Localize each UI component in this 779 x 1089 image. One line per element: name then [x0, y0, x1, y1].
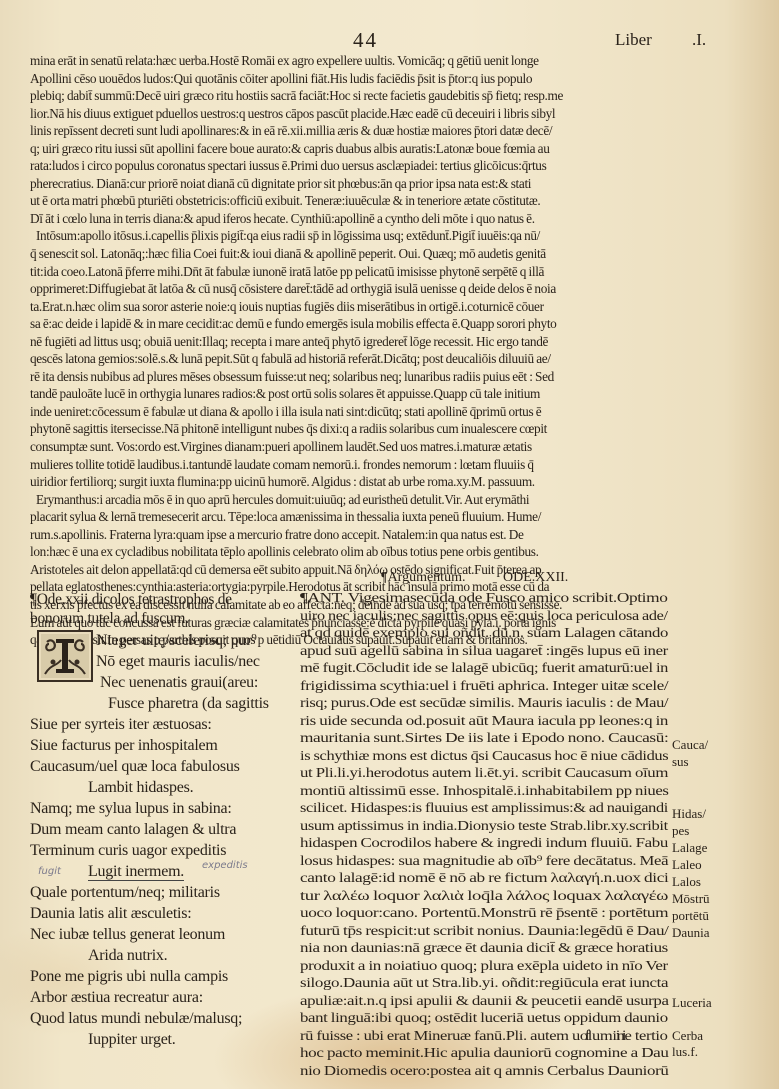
verse-line: Nteger uitę/scelerisq; pur⁹ — [96, 630, 257, 651]
commentary-line: ta.Erat.n.hæc olim sua soror asterie noi… — [30, 298, 670, 316]
handwritten-note-fugit: fugit — [38, 866, 61, 877]
signature-number: ii — [616, 1028, 628, 1044]
verse-line: Arida nutrix. — [88, 945, 167, 966]
margin-note: Luceria — [672, 996, 712, 1010]
commentary-line: Dī āt i cœlo luna in terris diana:& apud… — [30, 210, 670, 228]
verse-line: Quale portentum/neq; militaris — [30, 882, 220, 903]
commentary-line: is schythiæ mons est dictus q̄si Caucasu… — [300, 748, 734, 766]
verse-line: Siue per syrteis iter æstuosas: — [30, 714, 212, 735]
poem-column: ¶Ode.xxii.dicolos tetrastrophos de bonor… — [30, 590, 295, 628]
signature-letter: f — [585, 1028, 592, 1044]
signature-mark: fii — [585, 1028, 628, 1045]
margin-note: portētū — [672, 909, 709, 923]
commentary-line: apud suū agellū sabina in silua uagaret̄… — [300, 643, 744, 661]
commentary-line: inde ueniret:cōcessum ē fabulæ ut diana … — [30, 403, 670, 421]
margin-note: Lalage — [672, 841, 707, 855]
commentary-line: rē ita densis nubibus ad plures mēses ob… — [30, 368, 670, 386]
commentary-line: ut ē orta matri phœbū pturiēti obstetric… — [30, 192, 670, 210]
commentary-line: nio Diomedis ocero:postea ait q amnis Ce… — [300, 1063, 746, 1081]
commentary-right: ¶ANT. Vigesimasecūda ode Fusco amico scr… — [300, 590, 670, 1080]
verse-line: Arbor æstiua recreatur aura: — [30, 987, 203, 1008]
poem-title: ¶Ode.xxii.dicolos tetrastrophos de bonor… — [30, 590, 295, 628]
commentary-line: bant linguā:ibi quoq; ostēdit luceriā ue… — [300, 1010, 744, 1028]
commentary-line: Apollini cēso uouēdos ludos:Qui quotānis… — [30, 70, 670, 88]
margin-note: Laleo — [672, 858, 702, 872]
commentary-line: rum.s.apollinis. Fraterna lyra:quam ipse… — [30, 526, 670, 544]
verse-line: Lugit inermem. — [88, 861, 184, 882]
commentary-line: q̄ senescit sol. Latonāq;:hæc filia Coei… — [30, 245, 670, 263]
commentary-line: plebiq; dabit̄ summū:Decē uiri græco rit… — [30, 87, 670, 105]
folio-number: 44 — [353, 28, 378, 53]
margin-note: sus — [672, 755, 689, 769]
poem-title-line: bonorum tutela ad fuscum. — [30, 609, 295, 628]
verse-line: Nec uenenatis graui(areu: — [100, 672, 258, 693]
margin-note: lus.f. — [672, 1045, 698, 1059]
handwritten-note-expeditis: expeditis — [202, 860, 248, 871]
running-head: 44 Liber .I. — [0, 28, 779, 52]
margin-note: Cerba — [672, 1029, 703, 1043]
commentary-line: tandē pauloāte lucē in orthygia lunares … — [30, 385, 670, 403]
margin-note: Daunia — [672, 926, 710, 940]
commentary-line: mulieres tollite totidē laudibus.i.tantu… — [30, 456, 670, 474]
commentary-line: usum aptissimus in india.Dionysio teste … — [300, 818, 735, 836]
book-number: .I. — [692, 30, 706, 50]
verse-line: Quod latus mundi nebulæ/malusq; — [30, 1008, 242, 1029]
verse-line: Siue facturus per inhospitalem — [30, 735, 218, 756]
ode-number: ODE.XXII. — [503, 570, 568, 585]
decorated-initial — [37, 630, 93, 682]
commentary-line: ris uide secunda od.posuit aūt Maura iac… — [300, 713, 748, 731]
margin-note: Lalos — [672, 875, 701, 889]
commentary-line: at qd quidē exemplo sui oñdit. dū.n. sua… — [300, 625, 741, 643]
commentary-line: rū fuisse : ubi erat Mineruæ fanū.Pli. a… — [300, 1028, 736, 1046]
verse-line: Iuppiter urget. — [88, 1029, 175, 1050]
argument-heading: ¶Argumentum. ODE.XXII. — [380, 570, 568, 586]
commentary-line: lon:hæc ē una ex cycladibus nobilitata t… — [30, 543, 670, 561]
commentary-line: montiū altissimū esse. Inhospitalē.i.inh… — [300, 783, 742, 801]
commentary-line: qescēs latona gemios:solē.s.& lunā pepit… — [30, 350, 670, 368]
verse-line: Caucasum/uel quæ loca fabulosus — [30, 756, 240, 777]
commentary-line: q; uiri græco ritu iussi sūt apollini fa… — [30, 140, 670, 158]
commentary-line: lior.Nā his diuus extiguet pduellos uest… — [30, 105, 670, 123]
commentary-line: uiro nec iaculis:nec sagittis opus eē:qu… — [300, 608, 728, 626]
commentary-line: silogo.Daunia aūt ut Stra.lib.yi. oñdit:… — [300, 975, 746, 993]
commentary-line: Intōsum:apollo itōsus.i.capellis p̄lixis… — [30, 227, 664, 245]
verse-line: Daunia latis alit æsculetis: — [30, 903, 191, 924]
margin-note: pes — [672, 824, 689, 838]
commentary-line: risq; purus.Ode est secūdæ similis. Maur… — [300, 695, 735, 713]
verse-line: Terminum curis uagor expeditis — [30, 840, 226, 861]
margin-note: Mōstrū — [672, 892, 710, 906]
commentary-line: opprimeret:Diffugiebat āt latōa & cū nus… — [30, 280, 670, 298]
commentary-line: phytonē sagittis itersecisse.Nā phitonē … — [30, 420, 670, 438]
commentary-line: sa ē:ac deide i lapidē & in mare cecidit… — [30, 315, 670, 333]
book-page: 44 Liber .I. mina erāt in senatū relata:… — [0, 0, 779, 1089]
commentary-line: pherecratius. Dianā:cur priorē noiat dia… — [30, 175, 670, 193]
commentary-line: frigidissima scythia:uel i fruēti aphric… — [300, 678, 746, 696]
commentary-line: mē fugit.Cōcludit ide se lalagē ubicūq; … — [300, 660, 734, 678]
commentary-line: Aristoteles ait delon appellatā:qd cū de… — [30, 561, 670, 579]
commentary-line: ¶ANT. Vigesimasecūda ode Fusco amico scr… — [300, 590, 757, 608]
liber-label: Liber — [615, 30, 652, 50]
commentary-line: rata:ludos i circo populus coronatus spe… — [30, 157, 670, 175]
commentary-line: mina erāt in senatū relata:hæc uerba.Hos… — [30, 52, 670, 70]
commentary-line: nia non daunias:nā græce ēt daunia dicit… — [300, 940, 748, 958]
commentary-line: produxit a in noiatiuo quoq; plura exēpl… — [300, 958, 748, 976]
commentary-line: linis repīssent decreti sunt ludi apolli… — [30, 122, 670, 140]
commentary-top: mina erāt in senatū relata:hæc uerba.Hos… — [30, 52, 670, 649]
poem-title-line: ¶Ode.xxii.dicolos tetrastrophos de — [30, 590, 295, 609]
commentary-line: scilicet. Hidaspes:is fluuius est amplis… — [300, 800, 731, 818]
underlined-verse: Lugit inermem. — [88, 863, 184, 881]
pilcrow-icon: ¶ — [381, 570, 387, 586]
commentary-line: nē fugiēti ad littus usq; obuiā uenit:Il… — [30, 333, 670, 351]
verse-line: Nec iubæ tellus generat leonum — [30, 924, 225, 945]
commentary-line: placarit sylua & lernā tremesecerit arcu… — [30, 508, 670, 526]
commentary-line: tit:ida coeo.Latonā p̄ferre mihi.Dn̄t āt… — [30, 263, 670, 281]
margin-note: Cauca/ — [672, 738, 708, 752]
ornate-initial-i-icon — [41, 634, 89, 678]
commentary-line: consumptæ sunt. Vos:ordo est.Virgines di… — [30, 438, 670, 456]
margin-note: Hidas/ — [672, 807, 706, 821]
commentary-line: uiridior fertiliorq; surgit iuxta flumin… — [30, 473, 670, 491]
verse-line: Pone me pigris ubi nulla campis — [30, 966, 228, 987]
verse-line: Namq; me sylua lupus in sabina: — [30, 798, 232, 819]
verse-line: Lambit hidaspes. — [88, 777, 193, 798]
verse-line: Fusce pharetra (da sagittis — [108, 693, 269, 714]
commentary-line: Erymanthus:i arcadia mōs ē in quo aprū h… — [30, 491, 664, 509]
argument-label: Argumentum. — [388, 570, 466, 585]
verse-line: Nō eget mauris iaculis/nec — [96, 651, 260, 672]
verse-line: Dum meam canto lalagen & ultra — [30, 819, 236, 840]
